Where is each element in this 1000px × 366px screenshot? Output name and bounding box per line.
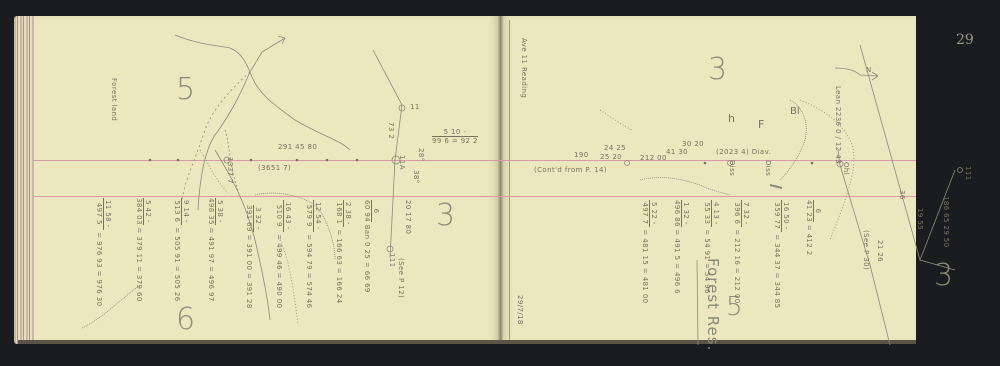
big-number-6: 6 (176, 302, 195, 337)
ring-label: 1337 7 (226, 157, 234, 184)
see-ref-numbers: 21 26 (876, 240, 884, 262)
station-11: 11 (410, 103, 420, 111)
margin-line (509, 20, 510, 340)
baseline-212: 212 00 (640, 154, 667, 162)
station-111-right: 111 (964, 166, 972, 181)
diagonal-note: 36 (898, 190, 906, 200)
baseline-24-25: 24 25 (604, 144, 626, 152)
gutter (498, 16, 503, 342)
page-number: 29 (956, 32, 974, 48)
north-arrow-label: N (866, 66, 872, 74)
column-l4: 16 43 -510 9 = 499 46 = 490 00 (275, 200, 292, 308)
letter-bl: Bl (790, 106, 800, 117)
date-note: 29/7/18 (516, 295, 524, 325)
parcel-label-right: (2023 4) Diav. (716, 148, 771, 156)
bottom-edge (18, 340, 916, 344)
station-diss-2: Diss (764, 160, 772, 176)
station-note-73: 73 2 (387, 122, 395, 139)
column-r1: 5 22 -497 7 = 481 15 = 481 00 (641, 200, 658, 304)
area-fraction: 5 10 -99 6 = 92 2 (432, 128, 478, 145)
column-l9: 11 58 -497 5 = 976 93 = 976 30 (95, 198, 112, 306)
side-figure-2: 186 65 29 50 (942, 196, 950, 248)
red-rule-upper (34, 160, 916, 161)
top-margin-note: Ave 11 Reading (520, 38, 528, 98)
baseline-41-30: 41 30 (666, 148, 688, 156)
column-l5: 3 32 -391 69 = 391 00 = 391 28 (245, 205, 262, 309)
see-page-12: (See P 12) (397, 258, 405, 298)
column-r3: 4 13 -55 33 = 54 91 = 54 96 (703, 200, 720, 294)
margin-note-forest-land: Forest land (110, 78, 118, 121)
column-r4: 7 32 -396 6 = 212 16 = 212 00 (733, 200, 750, 304)
upper-note: Lean 2236 0 / 12 43 (834, 86, 842, 164)
big-number-5: 5 (176, 72, 195, 107)
big-number-3-right-bottom: 3 (934, 258, 953, 293)
baseline-190: 190 (574, 151, 589, 159)
column-l8: 5 42 -384 03 = 379 11 = 379 60 (135, 198, 152, 302)
baseline-30-20: 30 20 (682, 140, 704, 148)
side-figure-1: 19 55 (916, 208, 924, 230)
letter-f: F (758, 118, 764, 131)
station-111: 111 (388, 253, 396, 268)
baseline-25-20: 25 20 (600, 153, 622, 161)
angle-28: 28° (417, 148, 425, 162)
column-l7: 9 14 -513 6 = 505 91 = 505 26 (173, 198, 190, 302)
column-l3: 12 54 -579 9 = 594 79 = 574 46 (305, 200, 322, 308)
see-page-30: (See P 30) (862, 230, 870, 270)
column-l1: 660 94 Ban 0 25 = 66 69 (363, 200, 380, 293)
continued-note: (Cont'd from P. 14) (534, 166, 607, 174)
column-r6: 641 23 = 412 2 (805, 200, 822, 256)
big-number-3-right-top: 3 (708, 52, 727, 87)
page-edges (14, 16, 36, 344)
station-note-distance: 20 17 80 (404, 200, 412, 234)
column-l2: 2 38 -168 1 = 166 63 = 166 24 (335, 200, 352, 304)
column-r2: 1 32 -496 86 = 491 5 = 496 6 (673, 200, 690, 294)
big-number-3-left: 3 (436, 198, 455, 233)
station-ohl: Ohl (842, 162, 850, 175)
letter-h: h (728, 112, 735, 125)
column-l6: 5 38 -498 35 = 491 97 = 496 97 (207, 198, 224, 302)
station-11a: 11A (398, 155, 406, 170)
column-r5: 16 50 -359 77 = 344 37 = 344 85 (773, 200, 790, 308)
station-diss-1: Diss (728, 160, 736, 176)
red-rule-lower (34, 196, 916, 197)
angle-38: 38° (412, 170, 420, 184)
parcel-label-left: (3651 7) (258, 164, 291, 172)
line-label: 291 45 80 (278, 143, 317, 151)
